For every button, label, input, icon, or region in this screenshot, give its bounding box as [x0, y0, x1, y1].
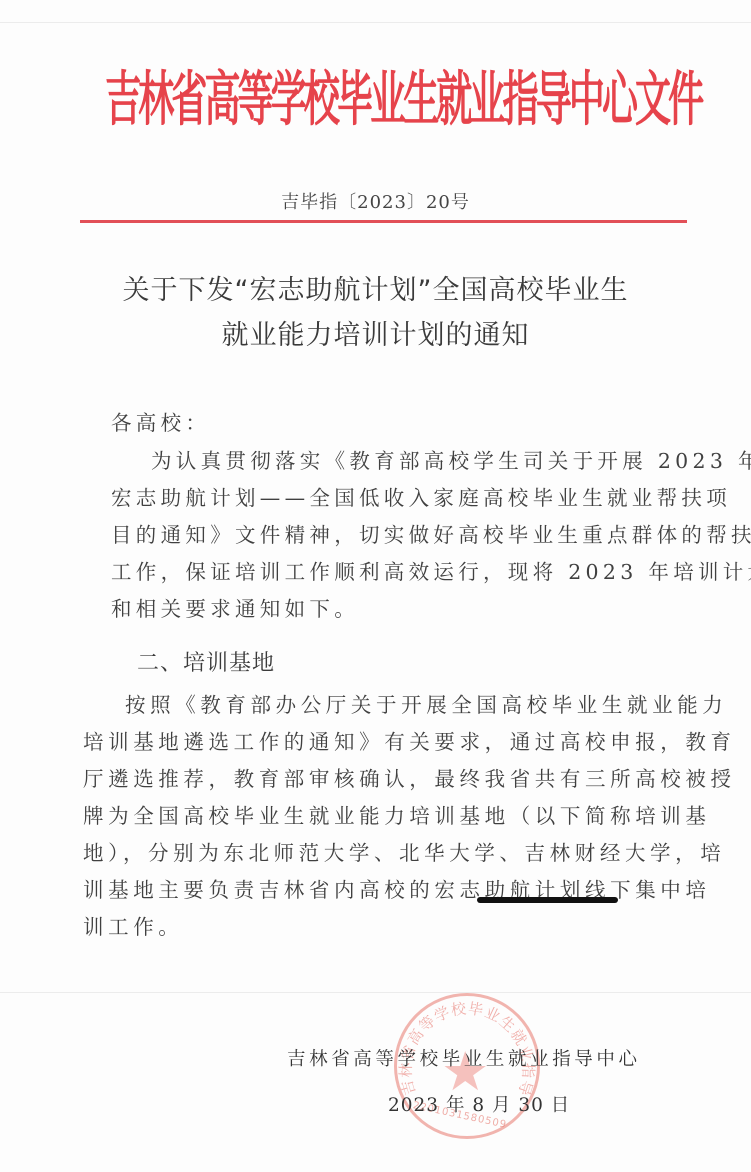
document-title-line-2: 就业能力培训计划的通知: [0, 313, 751, 352]
signing-organization: 吉林省高等学校毕业生就业指导中心: [287, 1045, 641, 1071]
document-title-line-1: 关于下发“宏志助航计划”全国高校毕业生: [0, 268, 751, 307]
section-paragraph: 按照《教育部办公厅关于开展全国高校毕业生就业能力 培训基地遴选工作的通知》有关要…: [83, 687, 663, 946]
section-heading: 二、培训基地: [137, 646, 275, 677]
page-seam: [0, 22, 751, 23]
paragraph-line: 目的通知》文件精神，切实做好高校毕业生重点群体的帮扶: [111, 517, 651, 554]
document-number: 吉毕指〔2023〕20号: [0, 188, 751, 214]
paragraph-line: 和相关要求通知如下。: [111, 591, 651, 628]
paragraph-line: 牌为全国高校毕业生就业能力培训基地（以下简称培训基: [83, 798, 663, 835]
salutation: 各高校：: [111, 405, 210, 442]
red-divider: [80, 220, 687, 223]
highlight-underline: [477, 897, 618, 903]
paragraph-line: 按照《教育部办公厅关于开展全国高校毕业生就业能力: [83, 687, 663, 724]
paragraph-line: 培训基地遴选工作的通知》有关要求，通过高校申报，教育: [83, 724, 663, 761]
paragraph-line: 厅遴选推荐，教育部审核确认，最终我省共有三所高校被授: [83, 761, 663, 798]
paragraph-line: 宏志助航计划——全国低收入家庭高校毕业生就业帮扶项: [111, 480, 651, 517]
paragraph-line: 为认真贯彻落实《教育部高校学生司关于开展 2023 年: [111, 443, 651, 480]
signing-date: 2023 年 8 月 30 日: [388, 1091, 570, 1117]
paragraph-line: 训工作。: [83, 909, 663, 946]
paragraph-line: 工作，保证培训工作顺利高效运行，现将 2023 年培训计划: [111, 554, 651, 591]
intro-paragraph: 为认真贯彻落实《教育部高校学生司关于开展 2023 年 宏志助航计划——全国低收…: [111, 443, 651, 628]
paragraph-line: 训基地主要负责吉林省内高校的宏志助航计划线下集中培: [83, 872, 663, 909]
paragraph-line: 地），分别为东北师范大学、北华大学、吉林财经大学，培: [83, 835, 663, 872]
issuer-banner: 吉林省高等学校毕业生就业指导中心文件: [105, 58, 646, 141]
page-seam: [0, 992, 751, 993]
